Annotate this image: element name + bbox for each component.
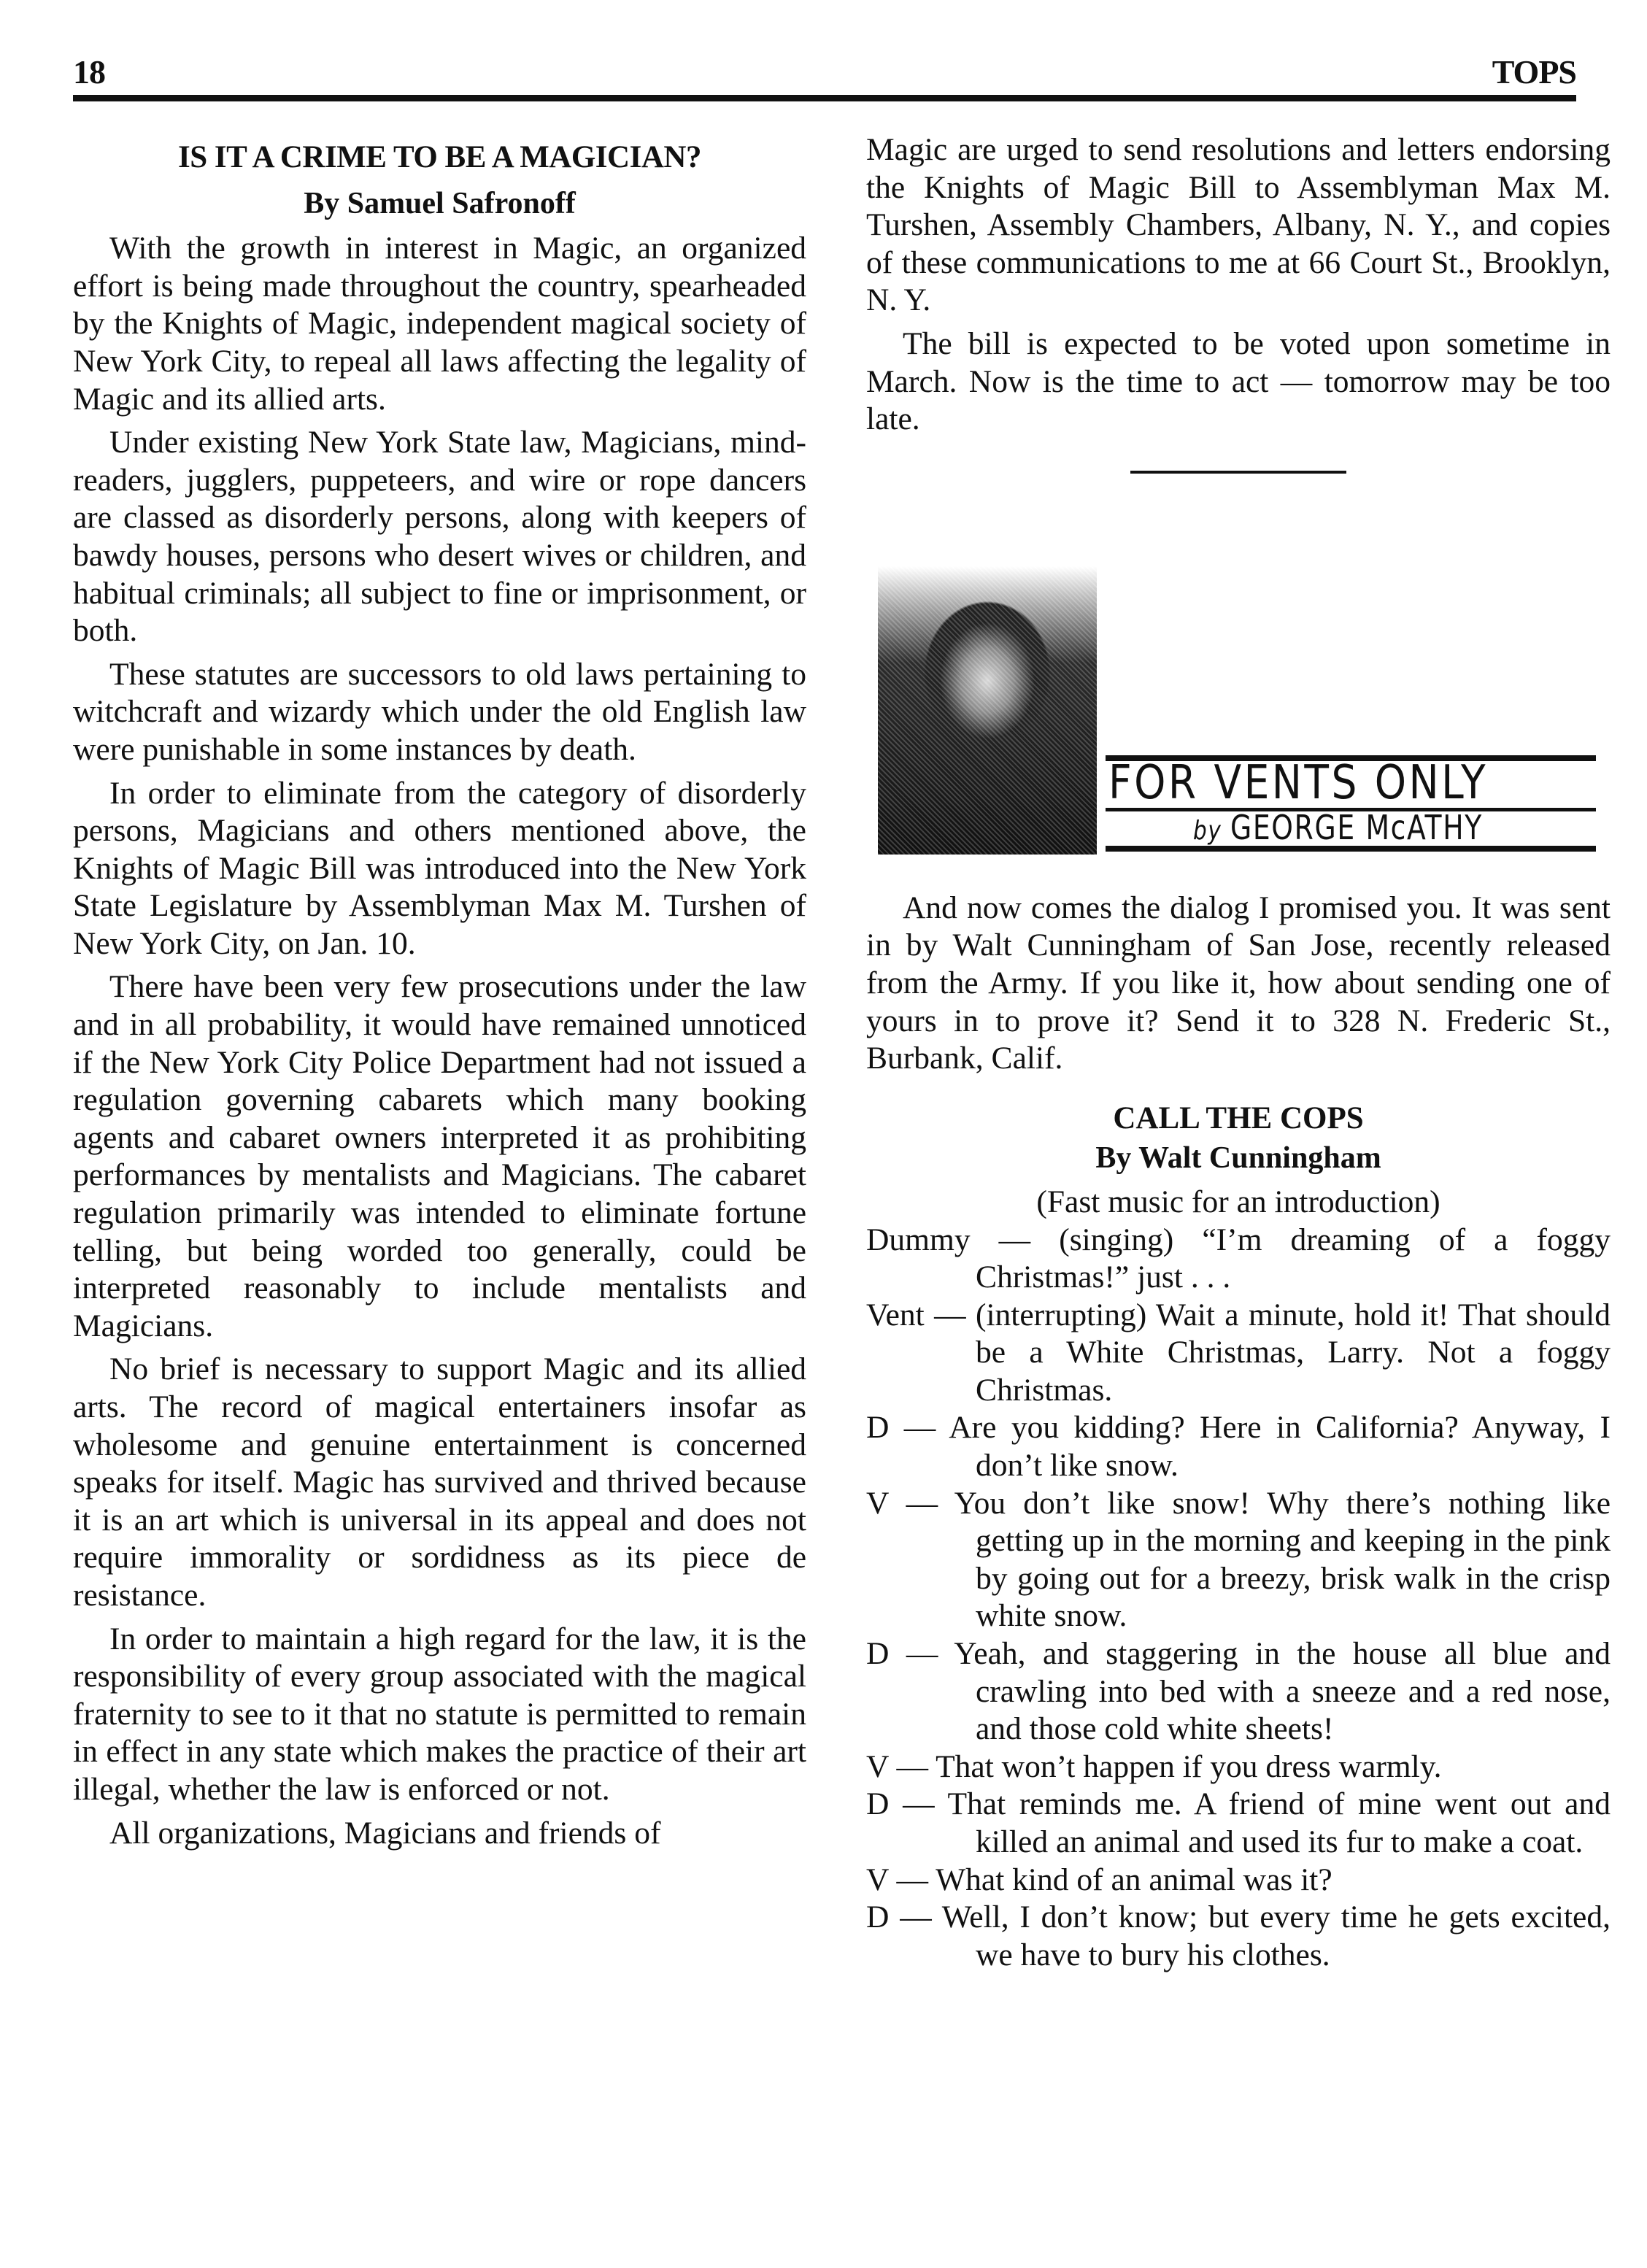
- speech: That won’t happen if you dress warmly.: [936, 1749, 1441, 1784]
- article-title: IS IT A CRIME TO BE A MAGICIAN?: [73, 139, 806, 177]
- banner-by: by: [1193, 816, 1222, 846]
- speech: What kind of an animal was it?: [936, 1862, 1332, 1897]
- article-byline: By Samuel Safronoff: [73, 185, 806, 223]
- speech: Well, I don’t know; but every time he ge…: [942, 1899, 1611, 1972]
- dialog-line: V — What kind of an animal was it?: [866, 1862, 1611, 1899]
- article-paragraph: Under existing New York State law, Magic…: [73, 424, 806, 650]
- speaker: D —: [866, 1636, 954, 1671]
- article-paragraph: In order to maintain a high regard for t…: [73, 1621, 806, 1809]
- article-paragraph: In order to eliminate from the category …: [73, 775, 806, 963]
- article-continuation: Magic are urged to send resolutions and …: [866, 131, 1611, 320]
- magazine-name: TOPS: [1492, 53, 1576, 91]
- speaker: V —: [866, 1862, 936, 1897]
- article-paragraph: All organizations, Magicians and friends…: [73, 1815, 806, 1853]
- banner-author-name: GEORGE McATHY: [1230, 808, 1483, 847]
- left-column: IS IT A CRIME TO BE A MAGICIAN? By Samue…: [73, 131, 806, 1858]
- column-intro: And now comes the dialog I promised you.…: [866, 890, 1611, 1078]
- speaker: D —: [866, 1899, 942, 1935]
- dialog-line: D — Well, I don’t know; but every time h…: [866, 1899, 1611, 1974]
- article-paragraph: These statutes are successors to old law…: [73, 656, 806, 769]
- speaker: V —: [866, 1749, 936, 1784]
- speech: (interrupting) Wait a minute, hold it! T…: [976, 1297, 1611, 1408]
- stage-direction: (Fast music for an introduction): [866, 1184, 1611, 1222]
- dialog-line: Vent — (interrupting) Wait a minute, hol…: [866, 1297, 1611, 1410]
- banner-title: FOR VENTS ONLY: [1108, 758, 1488, 808]
- speech: That reminds me. A friend of mine went o…: [947, 1786, 1611, 1859]
- speaker: Vent —: [866, 1297, 976, 1332]
- banner-rule-bottom: [1106, 846, 1596, 852]
- dialog-line: D — Yeah, and staggering in the house al…: [866, 1635, 1611, 1748]
- article-paragraph: With the growth in interest in Magic, an…: [73, 230, 806, 418]
- speech: You don’t like snow! Why there’s nothing…: [954, 1486, 1611, 1634]
- dialog-line: V — That won’t happen if you dress warml…: [866, 1748, 1611, 1786]
- banner-title-box: FOR VENTS ONLY byGEORGE McATHY: [1106, 755, 1596, 852]
- dialog-line: D — Are you kidding? Here in California?…: [866, 1409, 1611, 1484]
- page-number: 18: [73, 53, 105, 91]
- script-byline: By Walt Cunningham: [866, 1140, 1611, 1178]
- speech: Are you kidding? Here in California? Any…: [949, 1410, 1611, 1483]
- section-divider: [1130, 471, 1346, 474]
- speaker: Dummy —: [866, 1222, 1059, 1257]
- speaker: D —: [866, 1410, 949, 1445]
- column-banner: FOR VENTS ONLY byGEORGE McATHY: [866, 517, 1611, 857]
- dialog-line: V — You don’t like snow! Why there’s not…: [866, 1485, 1611, 1635]
- right-column: Magic are urged to send resolutions and …: [866, 131, 1611, 1974]
- dialog-line: Dummy — (singing) “I’m dreaming of a fog…: [866, 1222, 1611, 1297]
- speaker: D —: [866, 1786, 947, 1821]
- speech: Yeah, and staggering in the house all bl…: [954, 1636, 1611, 1746]
- article-closing: The bill is expected to be voted upon so…: [866, 325, 1611, 439]
- dialog-line: D — That reminds me. A friend of mine we…: [866, 1786, 1611, 1861]
- author-portrait-photo: [878, 535, 1097, 855]
- banner-author: byGEORGE McATHY: [1193, 809, 1483, 849]
- article-paragraph: No brief is necessary to support Magic a…: [73, 1351, 806, 1614]
- speech: (singing) “I’m dreaming of a foggy Chris…: [976, 1222, 1611, 1295]
- script-title: CALL THE COPS: [866, 1100, 1611, 1138]
- header-rule: [73, 95, 1576, 101]
- speaker: V —: [866, 1486, 954, 1521]
- article-paragraph: There have been very few prosecutions un…: [73, 968, 806, 1345]
